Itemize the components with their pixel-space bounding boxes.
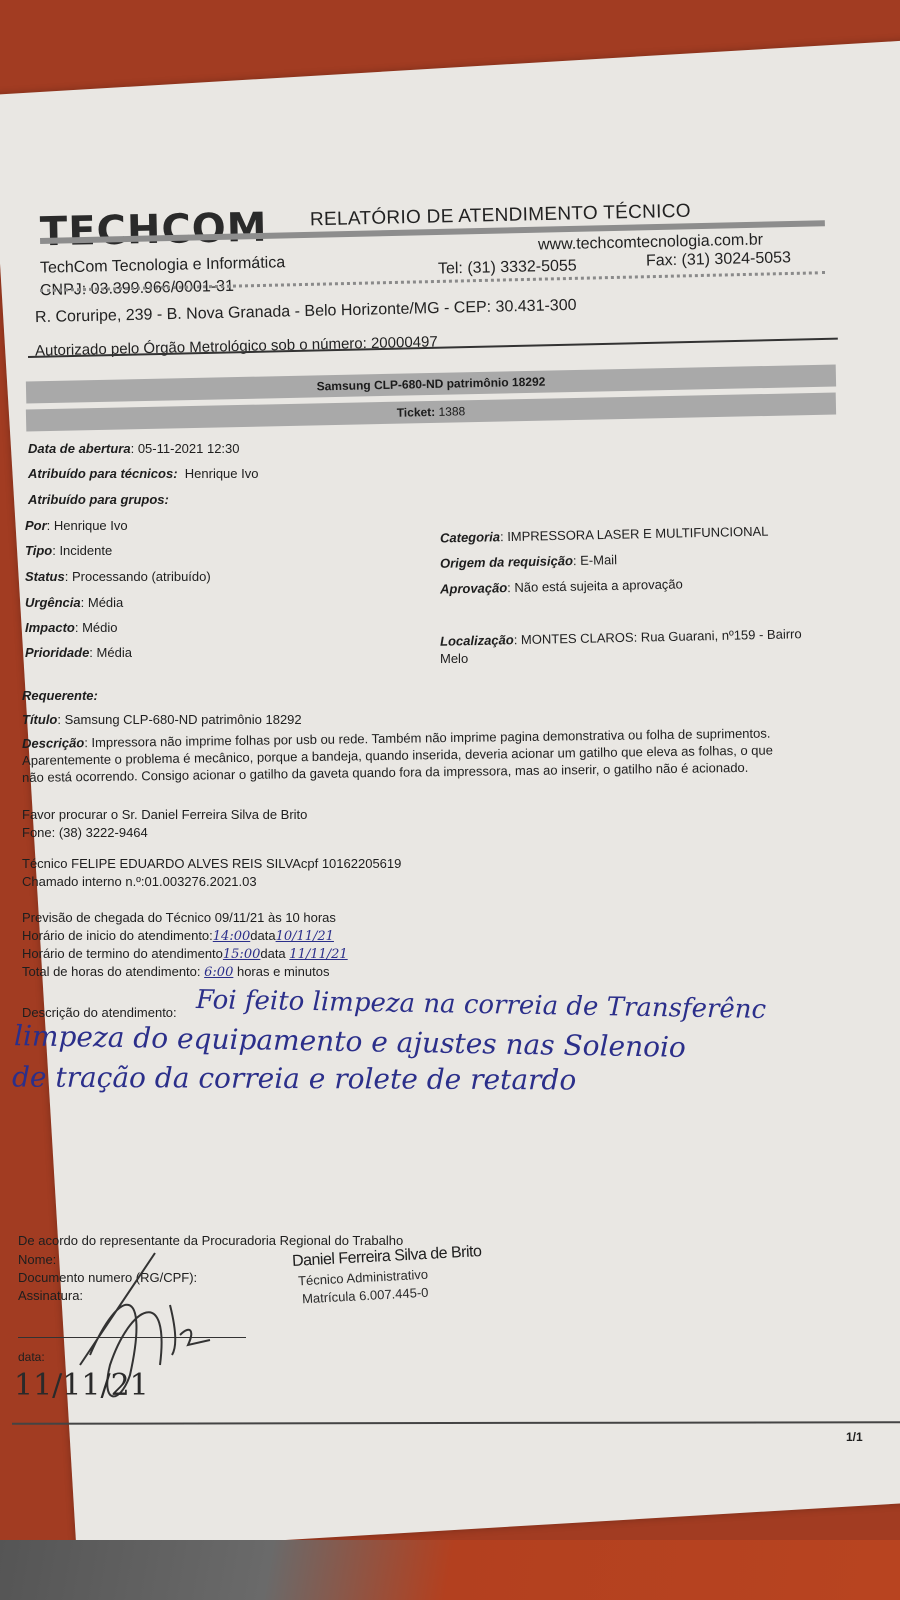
- ticket-number: 1388: [438, 404, 465, 419]
- field-assigned-technicians: Atribuído para técnicos: Henrique Ivo: [28, 466, 258, 481]
- date-label: data:: [18, 1350, 45, 1364]
- fax: Fax: (31) 3024-5053: [646, 249, 791, 270]
- internal-call-number: Chamado interno n.º:01.003276.2021.03: [22, 874, 257, 889]
- end-time-row: Horário de termino do atendimento15:00da…: [22, 946, 348, 962]
- field-request-origin: Origem da requisição: E-Mail: [440, 552, 617, 571]
- field-assigned-groups: Atribuído para grupos:: [28, 492, 169, 507]
- stamp-registration: Matrícula 6.007.445-0: [302, 1285, 429, 1307]
- field-category: Categoria: IMPRESSORA LASER E MULTIFUNCI…: [440, 524, 769, 546]
- name-label: Nome:: [18, 1252, 56, 1267]
- page-number: 1/1: [846, 1430, 863, 1444]
- techcom-logo: TECHCOM: [40, 205, 269, 256]
- end-date-value: 11/11/21: [289, 947, 347, 962]
- field-by: Por: Henrique Ivo: [25, 518, 128, 533]
- start-date-value: 10/11/21: [276, 929, 334, 944]
- total-hours-row: Total de horas do atendimento: 6:00 hora…: [22, 964, 329, 980]
- footer-rule: [12, 1421, 900, 1425]
- signature-line: [18, 1337, 246, 1338]
- contact-phone: Fone: (38) 3222-9464: [22, 825, 148, 840]
- ticket-label: Ticket:: [397, 405, 436, 420]
- company-name: TechCom Tecnologia e Informática: [40, 254, 286, 278]
- field-impact: Impacto: Médio: [25, 620, 118, 635]
- field-approval: Aprovação: Não está sujeita a aprovação: [440, 576, 683, 596]
- handwritten-line-3: de tração da correia e rolete de retardo: [12, 1061, 576, 1097]
- field-location-cont: Melo: [440, 651, 468, 666]
- handwritten-line-1: Foi feito limpeza na correia de Transfer…: [196, 985, 767, 1025]
- service-report-document: TECHCOM RELATÓRIO DE ATENDIMENTO TÉCNICO…: [0, 0, 900, 1600]
- field-type: Tipo: Incidente: [25, 543, 112, 558]
- field-status: Status: Processando (atribuído): [25, 569, 211, 584]
- field-priority: Prioridade: Média: [25, 645, 132, 660]
- phone: Tel: (31) 3332-5055: [438, 257, 577, 278]
- field-urgency: Urgência: Média: [25, 595, 123, 610]
- field-title: Título: Samsung CLP-680-ND patrimônio 18…: [22, 712, 302, 727]
- handwritten-line-2: limpeza do equipamento e ajustes nas Sol…: [14, 1019, 686, 1064]
- arrival-forecast: Previsão de chegada do Técnico 09/11/21 …: [22, 910, 336, 925]
- address: R. Coruripe, 239 - B. Nova Granada - Bel…: [35, 297, 577, 327]
- start-time-value: 14:00: [213, 929, 250, 944]
- total-hours-value: 6:00: [204, 965, 233, 980]
- end-time-value: 15:00: [223, 947, 260, 962]
- field-opening-date: Data de abertura: 05-11-2021 12:30: [28, 441, 240, 456]
- technician-line: Técnico FELIPE EDUARDO ALVES REIS SILVAc…: [22, 856, 401, 871]
- contact-line-1: Favor procurar o Sr. Daniel Ferreira Sil…: [22, 807, 307, 822]
- requester-label: Requerente:: [22, 688, 98, 703]
- field-location: Localização: MONTES CLAROS: Rua Guarani,…: [440, 626, 802, 649]
- handwritten-date: 11/11/21: [14, 1368, 149, 1403]
- equipment-name: Samsung CLP-680-ND patrimônio 18292: [317, 375, 546, 394]
- start-time-row: Horário de inicio do atendimento:14:00da…: [22, 928, 334, 944]
- service-description-label: Descrição do atendimento:: [22, 1005, 177, 1020]
